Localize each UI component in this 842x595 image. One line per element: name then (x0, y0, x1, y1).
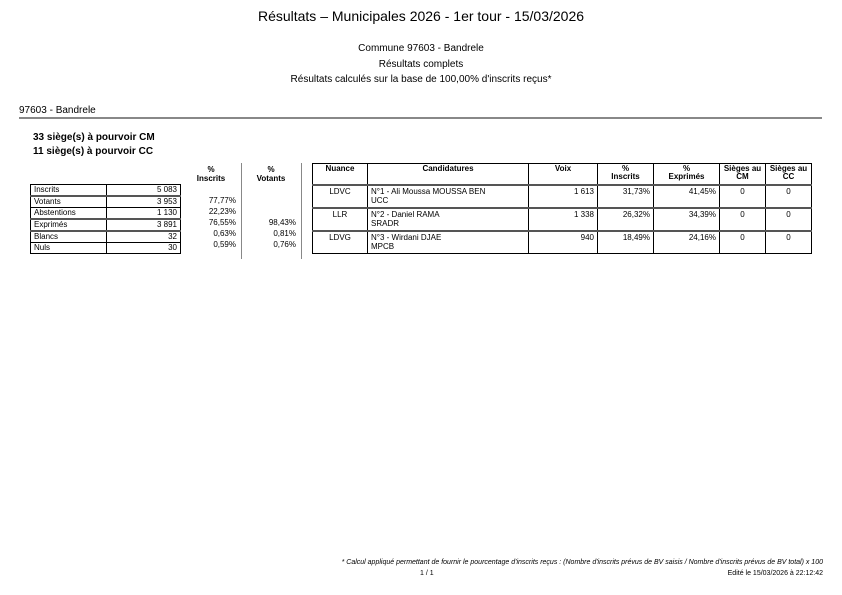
voix: 940 (529, 231, 598, 254)
nuance: LDVC (313, 185, 368, 208)
col-pct-exprimes: % Exprimés (654, 164, 720, 186)
voix: 1 613 (529, 185, 598, 208)
pct-votants-value (241, 206, 299, 217)
stats-value: 32 (107, 231, 181, 243)
results-basis: Résultats calculés sur la base de 100,00… (0, 74, 842, 86)
pct-votants-column: 98,43%0,81%0,76% (241, 184, 299, 250)
candidate-name: N°2 - Daniel RAMA (371, 210, 525, 219)
pct-inscrits-value: 0,63% (181, 228, 239, 239)
page-number: 1 / 1 (420, 569, 434, 578)
header-pct-votants: % Votants (241, 165, 301, 183)
col-pct-inscrits: % Inscrits (598, 164, 654, 186)
sieges-cm: 0 (720, 185, 766, 208)
stats-value: 3 891 (107, 219, 181, 231)
pct-votants-value: 0,76% (241, 239, 299, 250)
page-title: Résultats – Municipales 2026 - 1er tour … (0, 8, 842, 24)
sieges-cm: 0 (720, 208, 766, 231)
sieges-cc: 0 (766, 231, 812, 254)
header-pct-inscrits: % Inscrits (181, 165, 241, 183)
sieges-cc: 0 (766, 185, 812, 208)
pct-inscrits-value: 22,23% (181, 206, 239, 217)
pct-exprimes: 24,16% (654, 231, 720, 254)
stats-row: Votants3 953 (31, 196, 181, 208)
candidate-row: LDVGN°3 - Wirdani DJAEMPCB94018,49%24,16… (313, 231, 812, 254)
seats-cc: 11 siège(s) à pourvoir CC (33, 146, 153, 158)
pct-inscrits-value: 76,55% (181, 217, 239, 228)
nuance: LLR (313, 208, 368, 231)
list-name: MPCB (371, 242, 525, 251)
candidate-row: LDVCN°1 - Ali Moussa MOUSSA BENUCC1 6133… (313, 185, 812, 208)
stats-value: 30 (107, 243, 181, 254)
pct-votants-value: 98,43% (241, 217, 299, 228)
pct-inscrits-value: 0,59% (181, 239, 239, 250)
commune-subtitle: Commune 97603 - Bandrele (0, 43, 842, 55)
col-nuance: Nuance (313, 164, 368, 186)
stats-label: Exprimés (31, 219, 107, 231)
stats-label: Votants (31, 196, 107, 208)
list-name: UCC (371, 196, 525, 205)
candidate-name: N°3 - Wirdani DJAE (371, 233, 525, 242)
sieges-cm: 0 (720, 231, 766, 254)
pct-votants-value (241, 195, 299, 206)
stats-row: Blancs32 (31, 231, 181, 243)
edited-timestamp: Edité le 15/03/2026 à 22:12:42 (728, 569, 823, 578)
stats-value: 5 083 (107, 185, 181, 197)
results-status: Résultats complets (0, 59, 842, 71)
col-voix: Voix (529, 164, 598, 186)
pct-votants-value: 0,81% (241, 228, 299, 239)
voix: 1 338 (529, 208, 598, 231)
col-candidatures: Candidatures (368, 164, 529, 186)
candidature: N°3 - Wirdani DJAEMPCB (368, 231, 529, 254)
pct-exprimes: 34,39% (654, 208, 720, 231)
pct-votants-value (241, 184, 299, 195)
stats-label: Nuls (31, 243, 107, 254)
pct-inscrits: 31,73% (598, 185, 654, 208)
pct-exprimes: 41,45% (654, 185, 720, 208)
pct-inscrits-column: 77,77%22,23%76,55%0,63%0,59% (181, 184, 239, 250)
candidate-name: N°1 - Ali Moussa MOUSSA BEN (371, 187, 525, 196)
stats-label: Abstentions (31, 208, 107, 220)
turnout-table: Inscrits5 083Votants3 953Abstentions1 13… (30, 184, 181, 254)
candidature: N°1 - Ali Moussa MOUSSA BENUCC (368, 185, 529, 208)
stats-label: Inscrits (31, 185, 107, 197)
stats-label: Blancs (31, 231, 107, 243)
column-divider (301, 163, 302, 259)
col-sieges-cm: Sièges au CM (720, 164, 766, 186)
stats-value: 1 130 (107, 208, 181, 220)
candidate-row: LLRN°2 - Daniel RAMASRADR1 33826,32%34,3… (313, 208, 812, 231)
footnote: * Calcul appliqué permettant de fournir … (342, 558, 823, 567)
pct-inscrits-value (181, 184, 239, 195)
pct-inscrits: 26,32% (598, 208, 654, 231)
stats-row: Exprimés3 891 (31, 219, 181, 231)
pct-inscrits: 18,49% (598, 231, 654, 254)
col-sieges-cc: Sièges au CC (766, 164, 812, 186)
sieges-cc: 0 (766, 208, 812, 231)
pct-inscrits-value: 77,77% (181, 195, 239, 206)
stats-row: Inscrits5 083 (31, 185, 181, 197)
list-name: SRADR (371, 219, 525, 228)
stats-row: Abstentions1 130 (31, 208, 181, 220)
candidates-table: Nuance Candidatures Voix % Inscrits % Ex… (312, 163, 812, 254)
commune-section-header: 97603 - Bandrele (19, 105, 822, 119)
nuance: LDVG (313, 231, 368, 254)
candidature: N°2 - Daniel RAMASRADR (368, 208, 529, 231)
seats-cm: 33 siège(s) à pourvoir CM (33, 132, 155, 144)
stats-row: Nuls30 (31, 243, 181, 254)
stats-value: 3 953 (107, 196, 181, 208)
